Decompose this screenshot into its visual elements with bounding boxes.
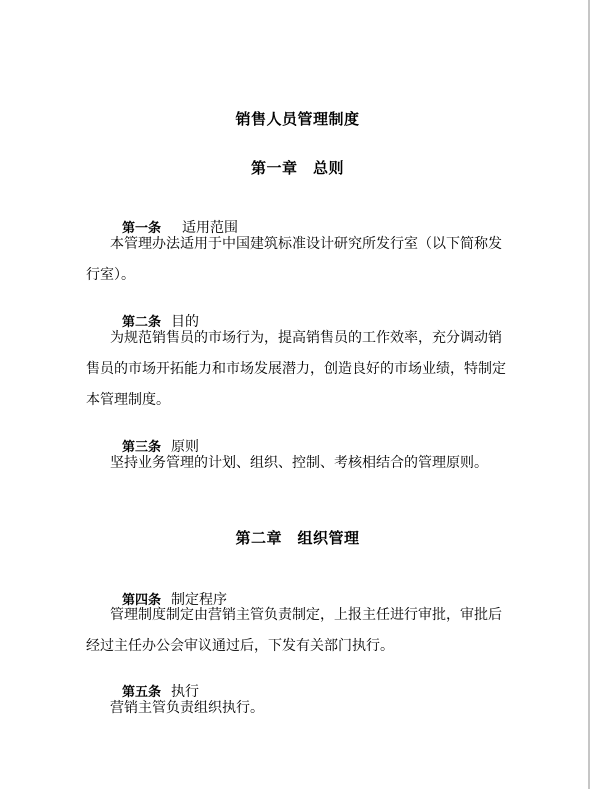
article-4-body-line-2: 经过主任办公会审议通过后，下发有关部门执行。: [86, 639, 394, 655]
article-3-body-line-1: 坚持业务管理的计划、组织、控制、考核相结合的管理原则。: [110, 456, 488, 472]
article-1-label: 第一条: [122, 220, 161, 235]
chapter-1-heading: 第一章 总则: [0, 161, 595, 178]
article-3-name: 原则: [171, 440, 199, 455]
document-page: 销售人员管理制度 第一章 总则 第一条适用范围 本管理办法适用于中国建筑标准设计…: [0, 0, 595, 789]
article-2-name: 目的: [171, 315, 199, 330]
article-2-label: 第二条: [122, 314, 161, 329]
article-4-label: 第四条: [122, 592, 161, 607]
chapter-2-heading: 第二章 组织管理: [0, 531, 595, 548]
article-3-label: 第三条: [122, 439, 161, 454]
article-5-body-line-1: 营销主管负责组织执行。: [110, 701, 264, 717]
article-1-body-line-2: 行室）。: [86, 268, 135, 284]
article-1-body-line-1: 本管理办法适用于中国建筑标准设计研究所发行室（以下简称发: [110, 237, 502, 253]
article-4-name: 制定程序: [171, 593, 227, 608]
page-edge-line: [588, 0, 590, 789]
article-2-body-line-3: 本管理制度。: [86, 393, 170, 409]
document-title: 销售人员管理制度: [0, 112, 595, 129]
article-5-name: 执行: [171, 685, 199, 700]
article-1-name: 适用范围: [182, 221, 238, 236]
article-4-body-line-1: 管理制度制定由营销主管负责制定，上报主任进行审批，审批后: [110, 608, 502, 624]
article-2-body-line-1: 为规范销售员的市场行为，提高销售员的工作效率，充分调动销: [110, 331, 502, 347]
article-5-label: 第五条: [122, 684, 161, 699]
article-2-body-line-2: 售员的市场开拓能力和市场发展潜力，创造良好的市场业绩，特制定: [86, 362, 506, 378]
